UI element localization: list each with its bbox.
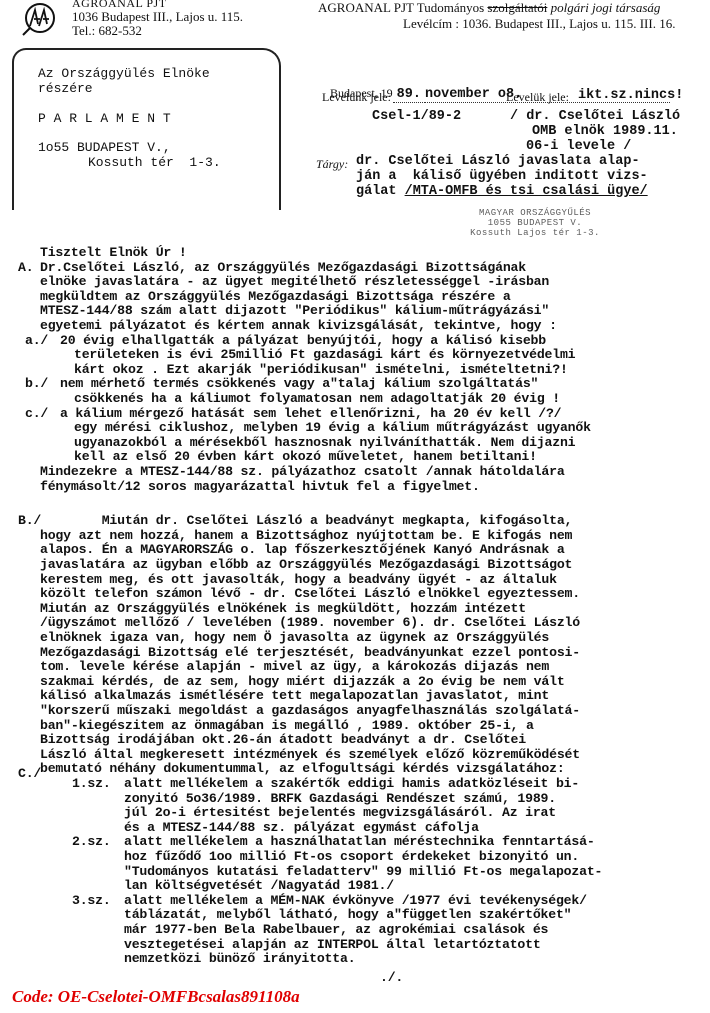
item-line: egy mérési ciklushoz, melyben 19 évig a …: [74, 420, 591, 435]
attachment-line: alatt mellékelem a használhatatlan mérés…: [124, 834, 595, 849]
section-b-line: ban"-kiegészitem az önmagában is megálló…: [40, 718, 534, 733]
attachment-line: alatt mellékelem a szakértők eddigi hami…: [124, 776, 579, 791]
attachment-line: júl 2o-i értesitést bejelentés megvizsgá…: [124, 805, 556, 820]
salutation: Tisztelt Elnök Úr !: [40, 245, 187, 260]
received-stamp: MAGYAR ORSZÁGGYŰLÉS 1055 BUDAPEST V. Kos…: [425, 208, 645, 238]
our-ref-label: Levelünk jele:: [322, 90, 391, 105]
document-code-label: Code: OE-Cselotei-OMFBcsalas891108a: [12, 987, 300, 1007]
section-a-closing: fénymásolt/12 soros magyarázattal hivtuk…: [40, 479, 480, 494]
letterhead-left: AGROANAL PJT 1036 Budapest III., Lajos u…: [72, 0, 243, 38]
item-line: 20 évig elhallgatták a pályázat benyújtó…: [60, 333, 546, 348]
your-ref-detail-3: 06-i levele /: [526, 139, 631, 154]
section-b-line: szakmai kérdés, de az sem, hogy miért di…: [40, 674, 565, 689]
our-ref-value: Csel-1/89-2: [372, 109, 461, 124]
section-a-line: megküldtem az Országgyülés Mezőgazdasági…: [40, 289, 511, 304]
subject-line-1: dr. Cselőtei László javaslata alap-: [356, 154, 640, 169]
section-b-line: tom. levele kérése alapján - mivel az üg…: [40, 659, 549, 674]
section-b-line: elnöknek igaza van, hogy nem Ö javasolta…: [40, 630, 549, 645]
letterhead-right: AGROANAL PJT Tudományos szolgáltatói pol…: [318, 0, 675, 32]
date-year: 89.: [393, 87, 425, 103]
section-b-line: közölt telefon számon lévő - dr. Cselőte…: [40, 586, 580, 601]
attachment-line: hoz fűződő 1oo millió Ft-os csoport érde…: [124, 849, 579, 864]
section-b-line: alapos. Én a MAGYARORSZÁG o. lap főszerk…: [40, 542, 565, 557]
section-marker-c: C./: [18, 766, 41, 781]
subject-underlined: /MTA-OMFB és tsi csalási ügye/: [405, 184, 648, 199]
item-line: a kálium mérgező hatását sem lehet ellen…: [60, 406, 561, 421]
your-ref-label: Levelük jele:: [506, 90, 569, 105]
section-b-line: "korszerű műszaki megoldást a gazdaságos…: [40, 703, 580, 718]
section-b-line: Miután dr. Cselőtei László a beadványt m…: [40, 513, 572, 528]
mail-address: Levélcím : 1036. Budapest III., Lajos u.…: [318, 16, 675, 32]
your-ref-detail-2: OMB elnök 1989.11.: [532, 124, 678, 139]
section-b-line: kálisó alkalmazás ismétlésére tett megal…: [40, 688, 549, 703]
recipient-line-2: részére: [38, 81, 93, 96]
attachment-line: és a MTESZ-144/88 sz. pályázat egymást c…: [124, 820, 479, 835]
org-prefix: AGROANAL PJT Tudományos: [318, 0, 484, 15]
item-line: területeken is évi 25millió Ft gazdasági…: [74, 347, 575, 362]
item-line: kárt okoz . Ezt akarják "periódikusan" i…: [74, 362, 568, 377]
attachment-line: alatt mellékelem a MÉM-NAK évkönyve /197…: [124, 893, 587, 908]
your-ref-value: ikt.sz.nincs!: [578, 88, 683, 103]
section-b-line: kerestem meg, és ott javasolták, hogy a …: [40, 572, 557, 587]
org-struck-word: szolgáltatói: [487, 0, 547, 15]
section-a-line: Dr.Cselőtei László, az Országgyülés Mező…: [40, 260, 526, 275]
section-b-line: Mezőgazdasági Bizottság elé terjesztését…: [40, 645, 580, 660]
section-b-line: Bizottság irodájában okt.26-án átadott b…: [40, 732, 526, 747]
attachment-marker: 2.sz.: [72, 834, 111, 849]
section-a-line: elnöke javaslatára - az ügyet megitélhet…: [40, 274, 549, 289]
attachment-line: nemzetközi bünöző irányitotta.: [124, 951, 355, 966]
section-a-closing: Mindezekre a MTESZ-144/88 sz. pályázatho…: [40, 464, 565, 479]
recipient-line-3: P A R L A M E N T: [38, 111, 171, 126]
attachment-marker: 3.sz.: [72, 893, 111, 908]
attachment-marker: 1.sz.: [72, 776, 111, 791]
subject-line-2: ján a káliső ügyében inditott vizs-: [356, 169, 648, 184]
agroanal-logo-icon: [20, 2, 58, 36]
item-marker: b./: [25, 376, 48, 391]
subject-line-3: gálat /MTA-OMFB és tsi csalási ügye/: [356, 184, 648, 199]
recipient-line-1: Az Országgyülés Elnöke: [38, 66, 210, 81]
section-b-line: hogy azt nem hozzá, hanem a Bizottsághoz…: [40, 528, 572, 543]
attachment-line: vesztegetései alapján az INTERPOL által …: [124, 937, 541, 952]
company-address: 1036 Budapest III., Lajos u. 115.: [72, 10, 243, 24]
continuation-mark: ./.: [380, 970, 403, 985]
item-marker: c./: [25, 406, 48, 421]
section-marker-a: A.: [18, 260, 33, 275]
section-b-line: bemutató néhány dokumentummal, az elfogu…: [40, 761, 565, 776]
company-phone: Tel.: 682-532: [72, 24, 243, 38]
section-b-line: László által megkeresett intézmények és …: [40, 747, 580, 762]
your-ref-detail-1: / dr. Cselőtei László: [510, 109, 680, 124]
section-a-line: egyetemi pályázatot és kértem annak kivi…: [40, 318, 557, 333]
subject-label: Tárgy:: [316, 157, 348, 172]
org-suffix: polgári jogi társaság: [551, 0, 661, 15]
attachment-line: zonyitó 5o36/1989. BRFK Gazdasági Rendés…: [124, 791, 556, 806]
section-b-line: javaslatára az ügyban előbb az Országgyü…: [40, 557, 572, 572]
item-line: csökkenés ha a káliumot folyamatosan nem…: [74, 391, 560, 406]
section-b-line: /ügyszámot mellőző / levelében (1989. no…: [40, 615, 580, 630]
recipient-line-4: 1o55 BUDAPEST V.,: [38, 140, 171, 155]
section-b-line: Miután az Országgyülés elnökének is megk…: [40, 601, 526, 616]
item-marker: a./: [25, 333, 48, 348]
section-marker-b: B./: [18, 513, 41, 528]
attachment-line: lan költségvetését /Nagyatád 1981./: [124, 878, 394, 893]
attachment-line: táblázatát, melyből látható, hogy a"függ…: [124, 907, 571, 922]
item-line: kell az első 20 évben kárt okozó művelet…: [74, 449, 537, 464]
section-a-line: MTESZ-144/88 szám alatt dijazott "Periód…: [40, 303, 549, 318]
attachment-line: "Tudományos kutatási feladatterv" 99 mil…: [124, 864, 602, 879]
recipient-line-5: Kossuth tér 1-3.: [88, 155, 221, 170]
attachment-line: már 1977-ben Bela Rabelbauer, az agrokém…: [124, 922, 548, 937]
item-line: nem mérhető termés csökkenés vagy a"tala…: [60, 376, 538, 391]
item-line: ugyanazokból a mérésekből hasznosnak nyi…: [74, 435, 575, 450]
